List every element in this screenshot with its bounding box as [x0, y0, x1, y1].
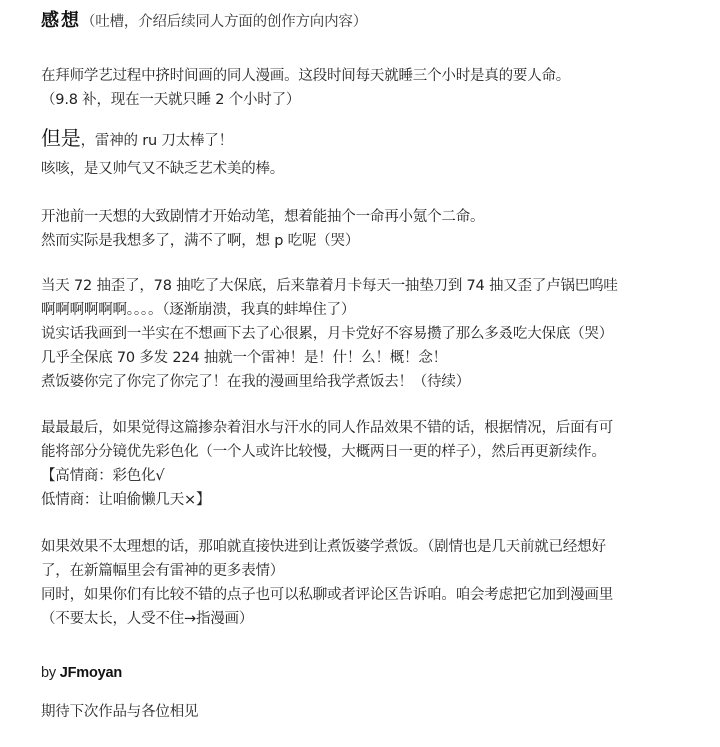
emphasis-rest: ，雷神的 ru 刀太棒了！ — [81, 133, 233, 149]
paragraph-line: 然而实际是我想多了，满不了啊，想 p 吃呢（哭） — [41, 229, 359, 250]
paragraph-line: 如果效果不太理想的话，那咱就直接快进到让煮饭婆学煮饭。（剧情也是几天前就已经想好 — [41, 535, 606, 556]
paragraph-line: 啊啊啊啊啊啊。。。。（逐渐崩溃，我真的蚌埠住了） — [41, 298, 355, 319]
heading-title: 感想 — [41, 10, 81, 31]
paragraph-line: 在拜师学艺过程中挤时间画的同人漫画。这段时间每天就睡三个小时是真的要人命。 — [41, 64, 570, 85]
paragraph-line: 同时，如果你们有比较不错的点子也可以私聊或者评论区告诉咱。咱会考虑把它加到漫画里 — [41, 583, 613, 604]
emphasis-word: 但是 — [41, 126, 81, 150]
paragraph-line: 几乎全保底 70 多发 224 抽就一个雷神！是！什！么！概！念！ — [41, 346, 447, 367]
paragraph-line: 说实话我画到一半实在不想画下去了心很累，月卡党好不容易攒了那么多叒吃大保底（哭） — [41, 322, 613, 343]
author-name: JFmoyan — [60, 665, 122, 681]
emphasis-line: 但是，雷神的 ru 刀太棒了！ — [41, 122, 233, 151]
author-signature: by JFmoyan — [41, 665, 122, 681]
author-by: by — [41, 665, 60, 681]
paragraph-line: 能将部分分镜优先彩色化（一个人或许比较慢，大概两日一更的样子），然后再更新续作。 — [41, 440, 606, 461]
farewell-text: 期待下次作品与各位相见 — [41, 700, 198, 721]
paragraph-line: 当天 72 抽歪了，78 抽吃了大保底，后来靠着月卡每天一抽垫刀到 74 抽又歪… — [41, 274, 618, 295]
paragraph-line: 最最最后，如果觉得这篇掺杂着泪水与汗水的同人作品效果不错的话，根据情况，后面有可 — [41, 416, 613, 437]
paragraph-line: 低情商：让咱偷懒几天×】 — [41, 488, 210, 509]
heading-subtitle: （吐槽，介绍后续同人方面的创作方向内容） — [81, 14, 367, 30]
paragraph-line: 煮饭婆你完了你完了你完了！在我的漫画里给我学煮饭去！（待续） — [41, 370, 470, 391]
paragraph-line: （不要太长，人受不住→指漫画） — [41, 607, 253, 628]
paragraph-line: 咳咳，是又帅气又不缺乏艺术美的棒。 — [41, 157, 284, 178]
paragraph-line: 了，在新篇幅里会有雷神的更多表情） — [41, 559, 284, 580]
section-heading: 感想（吐槽，介绍后续同人方面的创作方向内容） — [41, 6, 367, 32]
paragraph-line: 【高情商：彩色化√ — [41, 464, 164, 485]
paragraph-line: 开池前一天想的大致剧情才开始动笔，想着能抽个一命再小氪个二命。 — [41, 205, 484, 226]
paragraph-line: （9.8 补，现在一天就只睡 2 个小时了） — [41, 88, 300, 109]
